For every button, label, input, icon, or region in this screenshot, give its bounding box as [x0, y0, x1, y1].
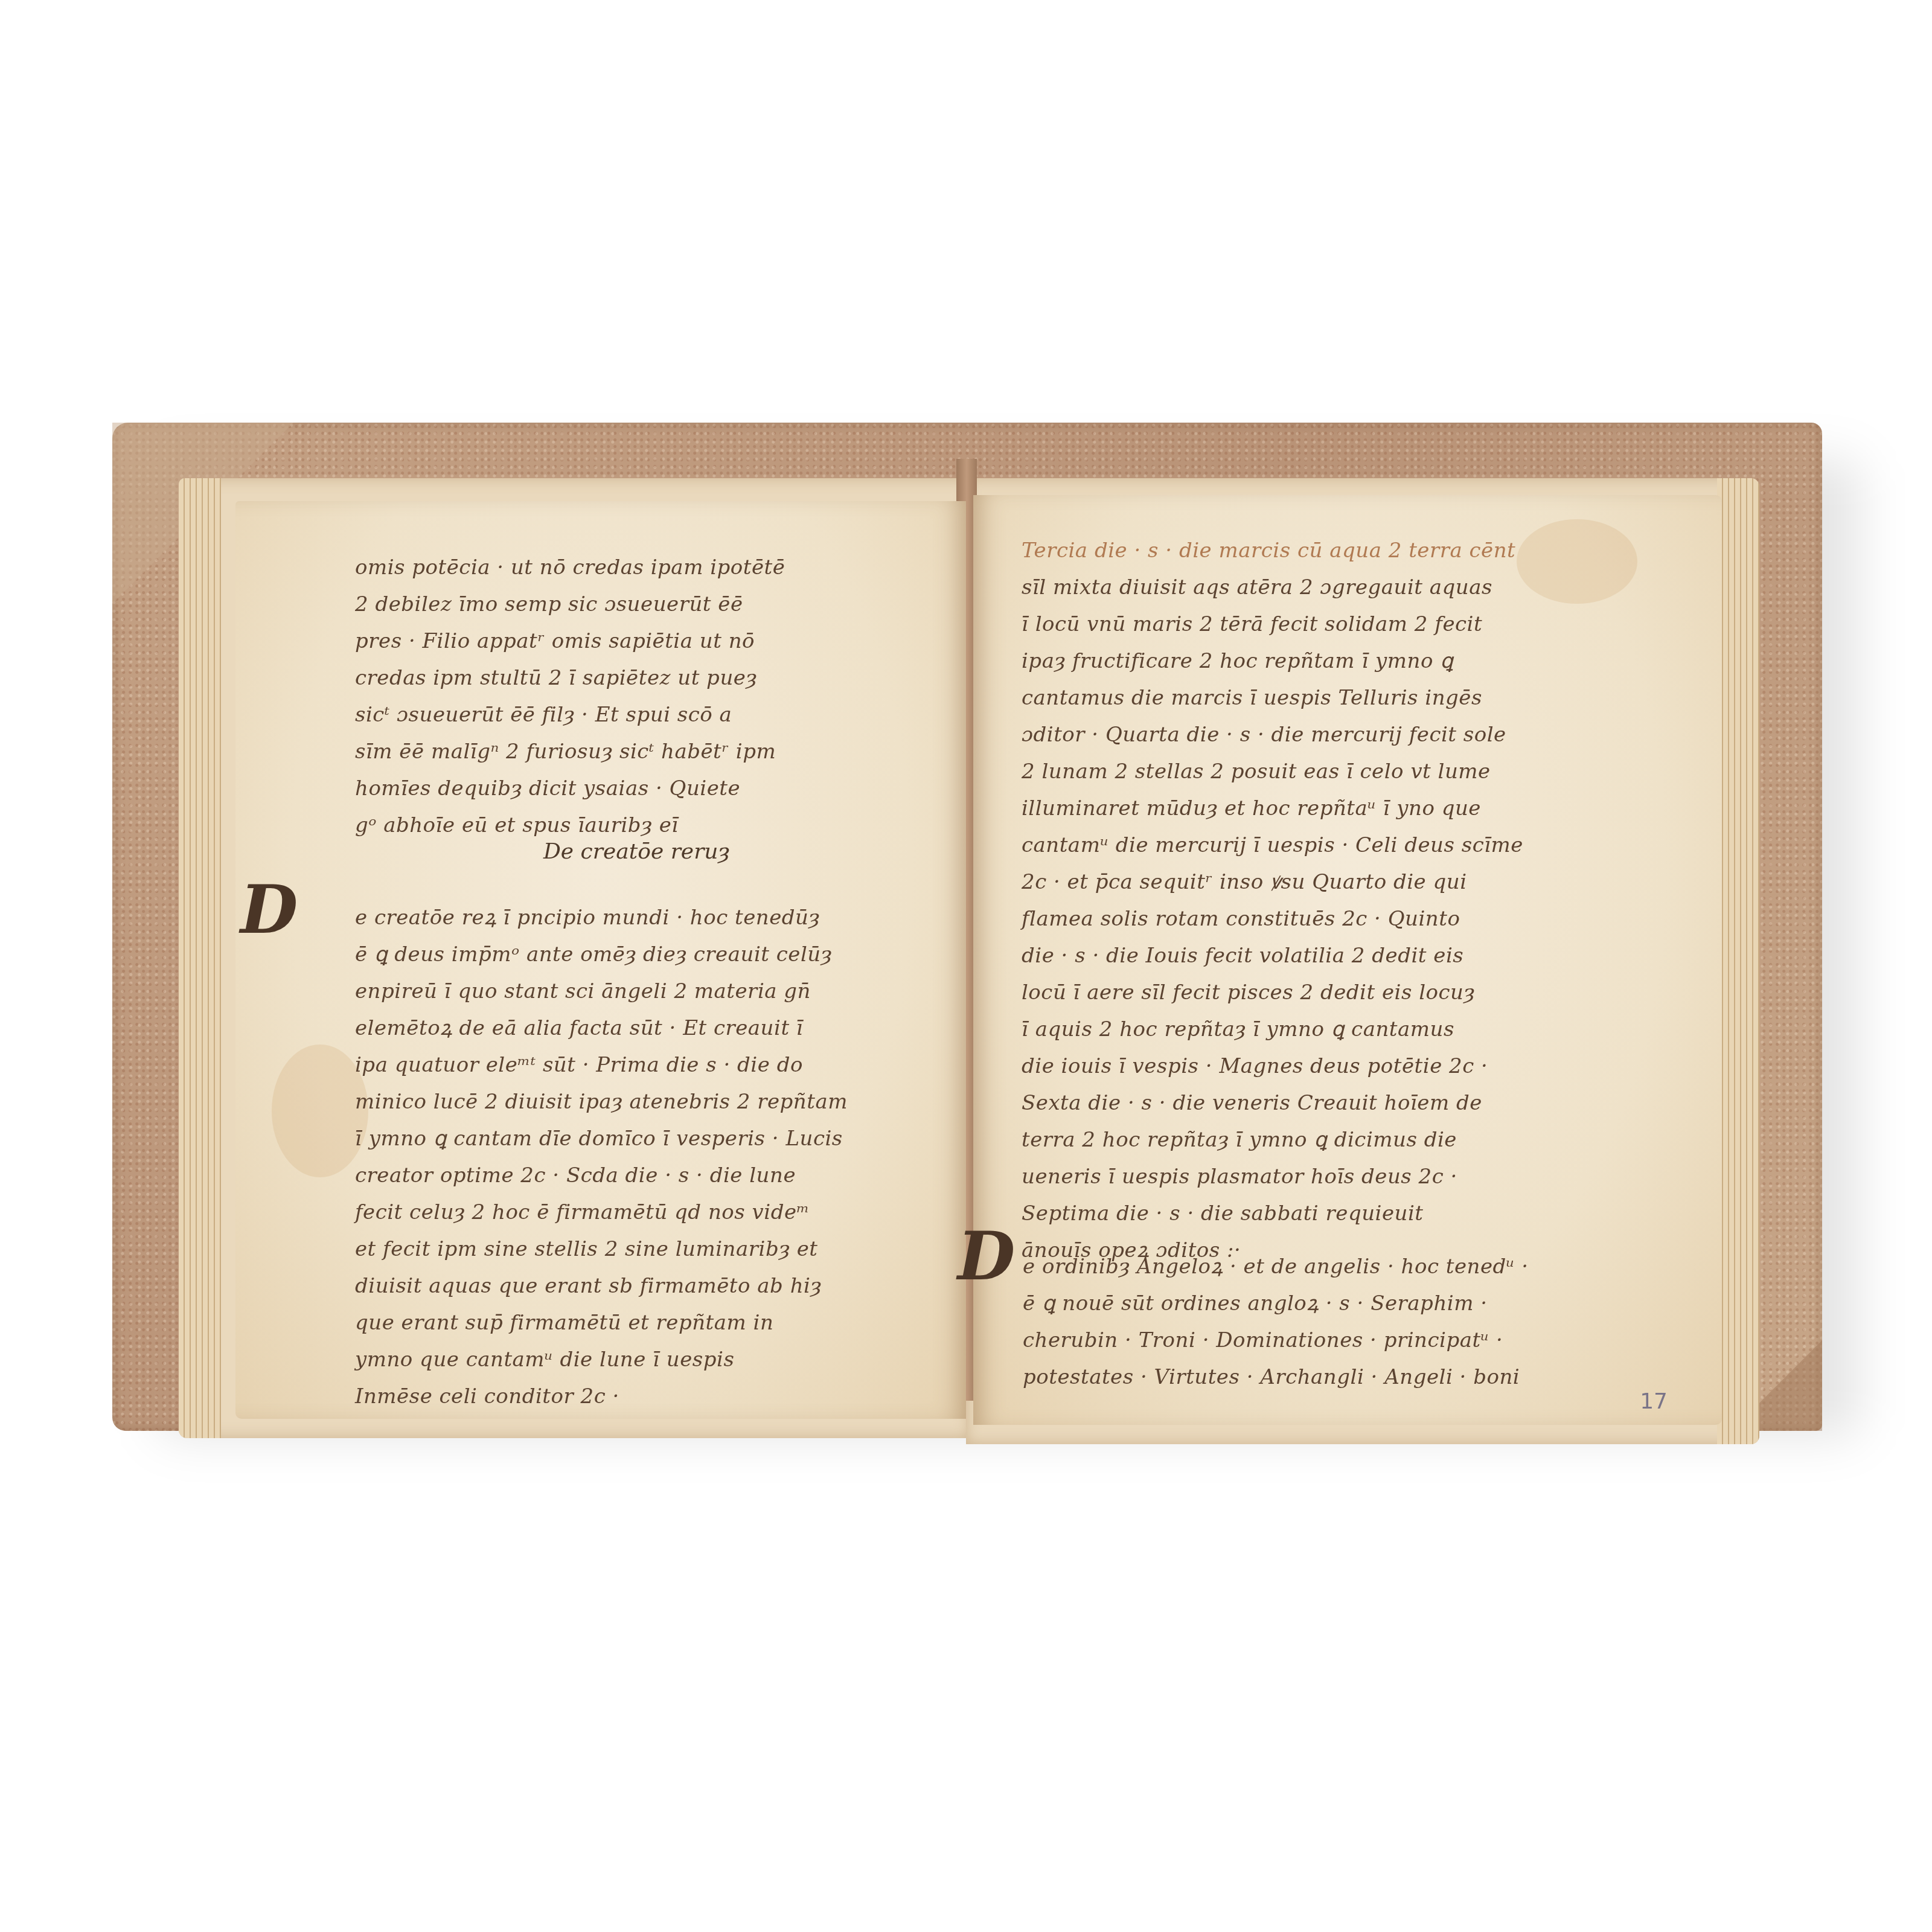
text-line: et fecit ipm sine stellis 2 sine luminar…	[355, 1231, 848, 1268]
text-line: e ordinibȝ Angeloꝝ · et de angelis · hoc…	[1023, 1249, 1529, 1285]
text-line: creator optime 2c · Scda die · s · die l…	[355, 1157, 848, 1194]
text-line: potestates · Virtutes · Archangli · Ange…	[1023, 1359, 1529, 1396]
text-line: die · s · die Iouis fecit volatilia 2 de…	[1022, 938, 1523, 974]
text-line: ī ymno ꝗ cantam dīe domīco ī vesperis · …	[355, 1121, 848, 1157]
text-line: elemētoꝝ de eā alia facta sūt · Et creau…	[355, 1010, 848, 1047]
text-line: cantamus die marcis ī uespis Telluris in…	[1022, 680, 1523, 717]
right-page: Tercia die · s · die marcis cū aqua 2 te…	[973, 495, 1722, 1425]
text-line: terra 2 hoc repñtaȝ ī ymno ꝗ dicimus die	[1022, 1122, 1523, 1159]
text-line: ē ꝗ nouē sūt ordines angloꝝ · s · Seraph…	[1023, 1285, 1529, 1322]
left-page-text-bottom: e creatōe reꝝ ī pncipio mundi · hoc tene…	[355, 900, 848, 1415]
text-line: ipaȝ fructificare 2 hoc repñtam ī ymno ꝗ	[1022, 643, 1523, 680]
text-line: locū ī aere sīl fecit pisces 2 dedit eis…	[1022, 974, 1523, 1011]
text-line: cantamᵘ die mercurij ī uespis · Celi deu…	[1022, 827, 1523, 864]
decorated-initial: D	[958, 1217, 1015, 1295]
paper-stain	[272, 1044, 368, 1177]
text-line: Inmēse celi conditor 2c ·	[355, 1378, 848, 1415]
decorated-initial: D	[240, 871, 298, 948]
right-page-text-top: Tercia die · s · die marcis cū aqua 2 te…	[1022, 533, 1523, 1269]
text-line: Septima die · s · die sabbati requieuit	[1022, 1195, 1523, 1232]
text-line: pres · Filio appatʳ omis sapiētia ut nō	[355, 623, 785, 660]
text-line: sicᵗ ɔsueuerūt ēē filȝ · Et spui scō a	[355, 697, 785, 734]
text-line: ī locū vnū maris 2 tērā fecit solidam 2 …	[1022, 606, 1523, 643]
text-line: que erant sup̄ firmamētū et repñtam in	[355, 1305, 848, 1342]
paper-stain	[1517, 519, 1637, 604]
text-line: omis potēcia · ut nō credas ipam ipotētē	[355, 549, 785, 586]
text-line: illuminaret mūduȝ et hoc repñtaᵘ ī yno q…	[1022, 790, 1523, 827]
section-heading: De creatōe reruȝ	[543, 839, 729, 864]
left-page-text-top: omis potēcia · ut nō credas ipam ipotētē…	[355, 549, 785, 844]
text-line: Sexta die · s · die veneris Creauit hoīe…	[1022, 1085, 1523, 1122]
text-line: gᵒ abhoīe eū et spus īauribȝ eī	[355, 807, 785, 844]
text-line: die iouis ī vespis · Magnes deus potētie…	[1022, 1048, 1523, 1085]
text-line: Tercia die · s · die marcis cū aqua 2 te…	[1022, 533, 1523, 569]
text-line: 2 lunam 2 stellas 2 posuit eas ī celo vt…	[1022, 753, 1523, 790]
text-line: cherubin · Troni · Dominationes · princi…	[1023, 1322, 1529, 1359]
text-line: sīl mixta diuisit aqs atēra 2 ɔgregauit …	[1022, 569, 1523, 606]
text-line: minico lucē 2 diuisit ipaȝ atenebris 2 r…	[355, 1084, 848, 1121]
text-line: ē ꝗ deus imp̄mᵒ ante omēȝ dieȝ creauit c…	[355, 936, 848, 973]
text-line: homīes dequibȝ dicit ysaias · Quiete	[355, 770, 785, 807]
text-line: ueneris ī uespis plasmator hoīs deus 2c …	[1022, 1159, 1523, 1195]
text-line: diuisit aquas que erant sb firmamēto ab …	[355, 1268, 848, 1305]
text-line: ī aquis 2 hoc repñtaȝ ī ymno ꝗ cantamus	[1022, 1011, 1523, 1048]
text-line: credas ipm stultū 2 ī sapiētez ut pueȝ	[355, 660, 785, 697]
text-line: e creatōe reꝝ ī pncipio mundi · hoc tene…	[355, 900, 848, 936]
text-line: sīm ēē malīgⁿ 2 furiosuȝ sicᵗ habētʳ ipm	[355, 734, 785, 770]
text-line: ɔditor · Quarta die · s · die mercurij f…	[1022, 717, 1523, 753]
text-line: flamea solis rotam constituēs 2c · Quint…	[1022, 901, 1523, 938]
text-line: ymno que cantamᵘ die lune ī uespis	[355, 1342, 848, 1378]
text-line: 2 debilez īmo semp sic ɔsueuerūt ēē	[355, 586, 785, 623]
text-line: fecit celuȝ 2 hoc ē firmamētū qd nos vid…	[355, 1194, 848, 1231]
text-line: enpireū ī quo stant sci āngeli 2 materia…	[355, 973, 848, 1010]
pencil-folio-number: 17	[1640, 1389, 1668, 1414]
right-page-text-bottom: e ordinibȝ Angeloꝝ · et de angelis · hoc…	[1023, 1249, 1529, 1396]
text-line: 2c · et p̄ca sequitʳ inso ꝟsu Quarto die…	[1022, 864, 1523, 901]
left-page: omis potēcia · ut nō credas ipam ipotētē…	[235, 501, 966, 1419]
text-line: ipa quatuor eleᵐᵗ sūt · Prima die s · di…	[355, 1047, 848, 1084]
left-page-edges	[179, 478, 221, 1438]
right-page-edges	[1717, 478, 1759, 1444]
